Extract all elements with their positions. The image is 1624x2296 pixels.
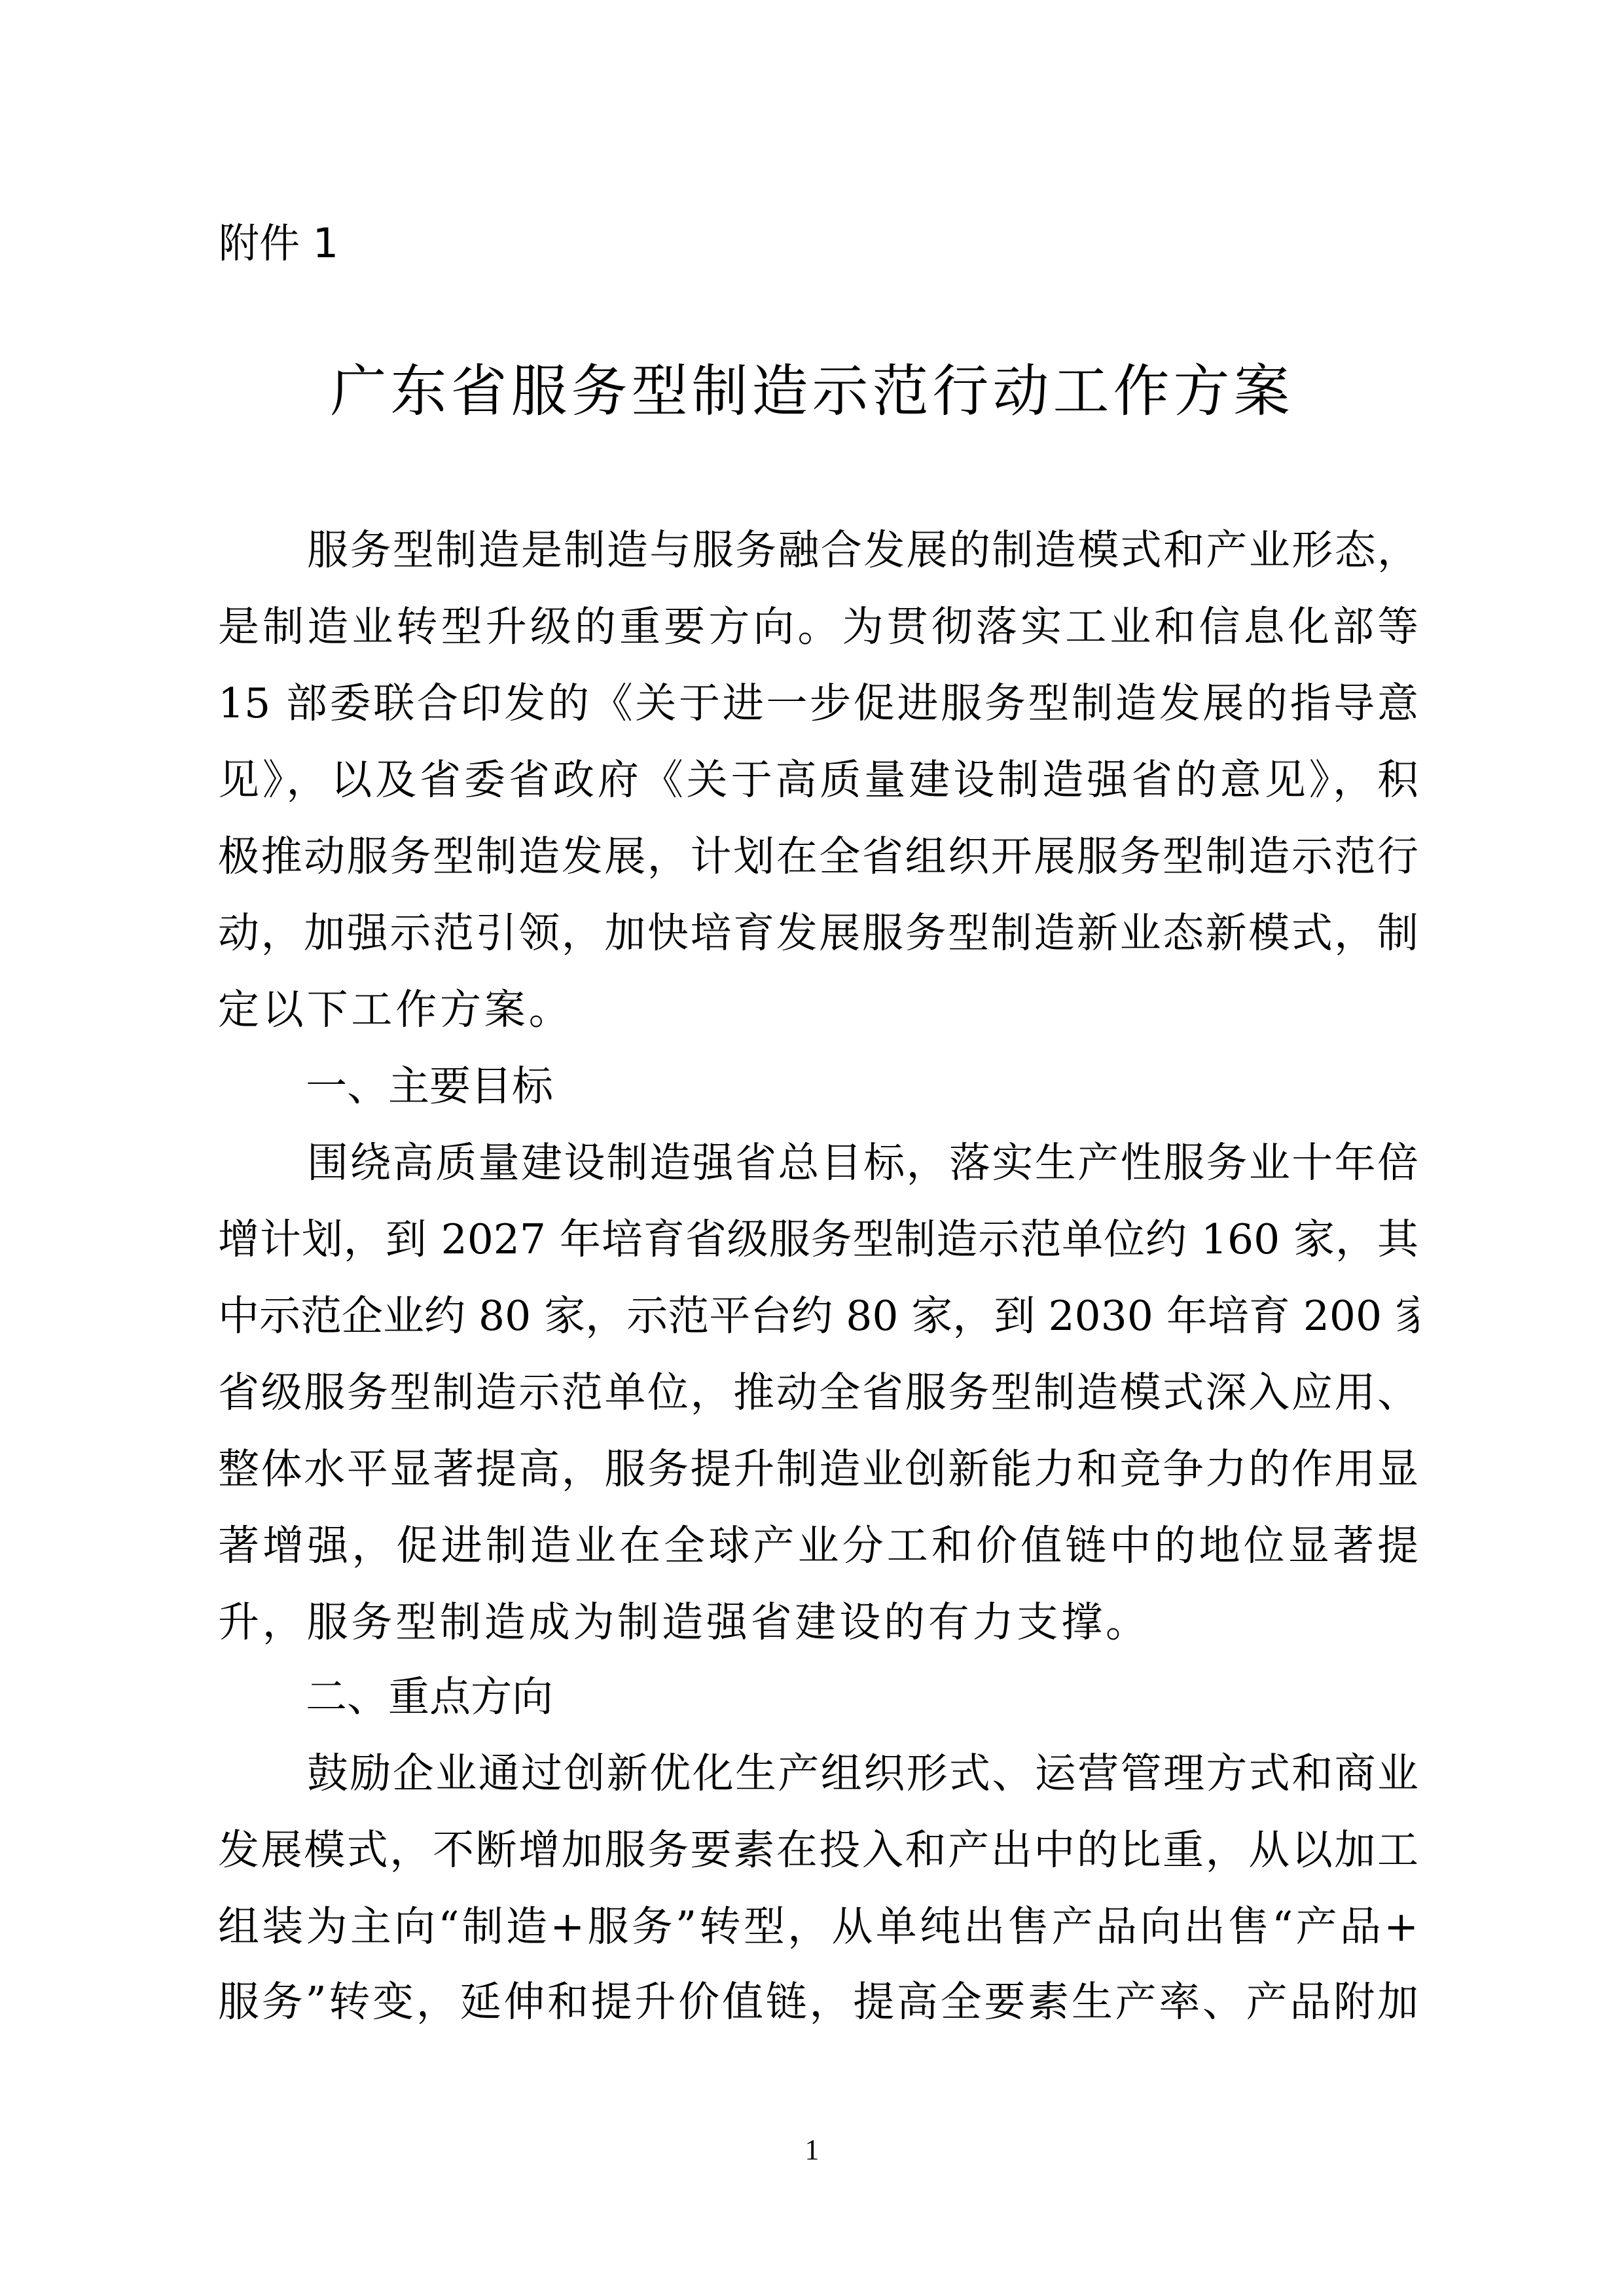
intro-paragraph-line: 15 部委联合印发的《关于进一步促进服务型制造发展的指导意 [218,665,1418,742]
section-paragraph-line: 组装为主向“制造+服务”转型，从单纯出售产品向出售“产品+ [218,1888,1418,1965]
section-heading-key-directions: 二、重点方向 [306,1659,553,1735]
page-number: 1 [0,2124,1624,2176]
section-paragraph-line: 服务”转变，延伸和提升价值链，提高全要素生产率、产品附加 [218,1964,1418,2040]
section-paragraph-line: 鼓励企业通过创新优化生产组织形式、运营管理方式和商业 [307,1735,1418,1812]
intro-paragraph-line: 定以下工作方案。 [218,971,1418,1048]
section-paragraph-line: 增计划，到 2027 年培育省级服务型制造示范单位约 160 家，其 [218,1201,1418,1278]
section-paragraph-line: 围绕高质量建设制造强省总目标，落实生产性服务业十年倍 [307,1124,1418,1201]
document-page: 附件 1 广东省服务型制造示范行动工作方案 服务型制造是制造与服务融合发展的制造… [0,0,1624,2296]
section-paragraph-line: 发展模式，不断增加服务要素在投入和产出中的比重，从以加工 [218,1812,1418,1888]
section-paragraph-line: 省级服务型制造示范单位，推动全省服务型制造模式深入应用、 [218,1354,1418,1431]
intro-paragraph-line: 见》，以及省委省政府《关于高质量建设制造强省的意见》，积 [218,742,1418,818]
intro-paragraph-line: 极推动服务型制造发展，计划在全省组织开展服务型制造示范行 [218,818,1418,895]
intro-paragraph-line: 动，加强示范引领，加快培育发展服务型制造新业态新模式，制 [218,895,1418,971]
attachment-label: 附件 1 [219,211,338,276]
document-title: 广东省服务型制造示范行动工作方案 [0,352,1624,431]
intro-paragraph-line: 是制造业转型升级的重要方向。为贯彻落实工业和信息化部等 [218,588,1418,665]
intro-paragraph-line: 服务型制造是制造与服务融合发展的制造模式和产业形态， [307,512,1418,588]
section-paragraph-line: 升，服务型制造成为制造强省建设的有力支撑。 [218,1584,1418,1660]
section-paragraph-line: 整体水平显著提高，服务提升制造业创新能力和竞争力的作用显 [218,1431,1418,1507]
section-heading-main-goals: 一、主要目标 [306,1048,553,1124]
section-paragraph-line: 中示范企业约 80 家，示范平台约 80 家，到 2030 年培育 200 家 [218,1278,1418,1354]
section-paragraph-line: 著增强，促进制造业在全球产业分工和价值链中的地位显著提 [218,1507,1418,1584]
